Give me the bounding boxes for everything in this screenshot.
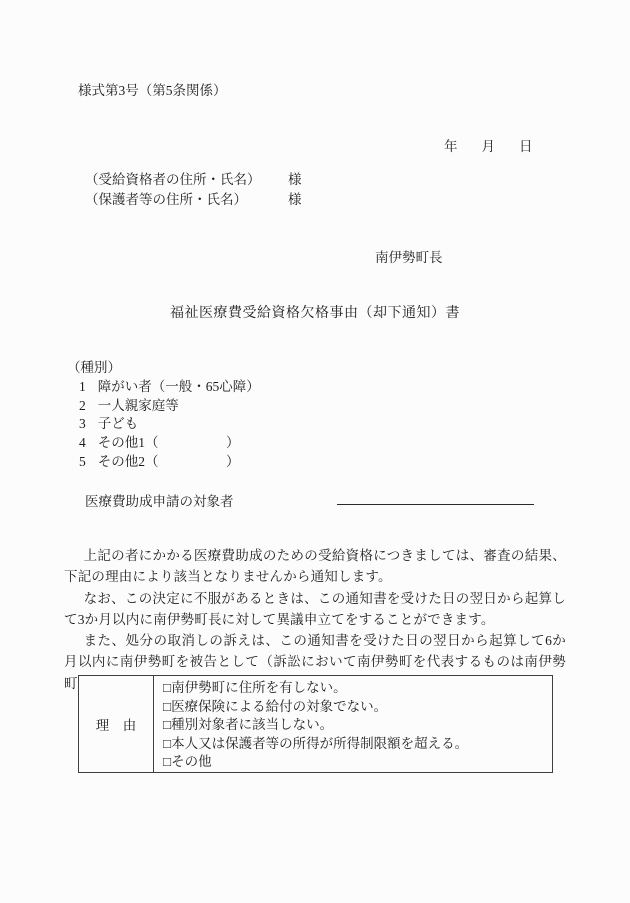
- document-title: 福祉医療費受給資格欠格事由（却下通知）書: [0, 302, 630, 322]
- issuer-title: 南伊勢町長: [375, 246, 443, 266]
- checkbox-icon: □: [163, 698, 171, 717]
- form-number: 様式第3号（第5条関係）: [78, 79, 227, 99]
- date-year-label: 年: [444, 135, 458, 155]
- recipient-label: （受給資格者の住所・氏名）: [85, 172, 261, 187]
- reason-option-label: 種別対象者に該当しない。: [171, 716, 333, 735]
- paragraph-notice: 上記の者にかかる医療費助成のための受給資格につきましては、審査の結果、下記の理由…: [64, 545, 566, 588]
- category-item-label: 子ども: [98, 415, 139, 434]
- subject-line: 医療費助成申請の対象者: [85, 490, 234, 510]
- checkbox-icon: □: [163, 716, 171, 735]
- subject-label: 医療費助成申請の対象者: [85, 494, 234, 509]
- category-item: 2 一人親家庭等: [67, 397, 260, 416]
- subject-underline: [337, 504, 534, 505]
- date-month-label: 月: [482, 135, 496, 155]
- category-item: 4 その他1（ ）: [67, 434, 260, 453]
- category-item: 1 障がい者（一般・65心障）: [67, 378, 260, 397]
- checkbox-icon: □: [163, 679, 171, 698]
- reason-option-label: 本人又は保護者等の所得が所得制限額を超える。: [171, 735, 468, 754]
- recipient-line: （受給資格者の住所・氏名） 様: [85, 170, 261, 190]
- reason-option-row: □ 南伊勢町に住所を有しない。: [163, 679, 544, 698]
- reason-option-row: □ 種別対象者に該当しない。: [163, 716, 544, 735]
- reason-option-row: □ その他: [163, 753, 544, 772]
- category-item-number: 4: [79, 434, 86, 453]
- guardian-label: （保護者等の住所・氏名）: [85, 192, 247, 207]
- reason-option-label: 医療保険による給付の対象でない。: [171, 698, 387, 717]
- honorific-sama: 様: [288, 170, 302, 190]
- date-day-label: 日: [519, 135, 533, 155]
- category-item-number: 3: [79, 415, 86, 434]
- reason-option-row: □ 医療保険による給付の対象でない。: [163, 698, 544, 717]
- reason-header-cell: 理 由: [79, 676, 154, 772]
- date-line: 年 月 日: [444, 135, 533, 155]
- category-item-number: 5: [79, 453, 86, 472]
- category-item-label: その他2（ ）: [98, 453, 240, 472]
- category-item: 3 子ども: [67, 415, 260, 434]
- category-item-number: 2: [79, 397, 86, 416]
- honorific-sama: 様: [288, 190, 302, 210]
- reason-option-row: □ 本人又は保護者等の所得が所得制限額を超える。: [163, 735, 544, 754]
- category-item-label: 障がい者（一般・65心障）: [98, 378, 260, 397]
- document-page: 様式第3号（第5条関係） 年 月 日 （受給資格者の住所・氏名） 様 （保護者等…: [0, 0, 630, 903]
- reason-option-label: 南伊勢町に住所を有しない。: [171, 679, 347, 698]
- guardian-line: （保護者等の住所・氏名） 様: [85, 190, 261, 210]
- body-paragraphs: 上記の者にかかる医療費助成のための受給資格につきましては、審査の結果、下記の理由…: [64, 545, 566, 694]
- category-item-number: 1: [79, 378, 86, 397]
- paragraph-objection: なお、この決定に不服があるときは、この通知書を受けた日の翌日から起算して3か月以…: [64, 588, 566, 631]
- checkbox-icon: □: [163, 753, 171, 772]
- category-item-label: その他1（ ）: [98, 434, 240, 453]
- reason-options-cell: □ 南伊勢町に住所を有しない。 □ 医療保険による給付の対象でない。 □ 種別対…: [154, 676, 552, 772]
- reason-table: 理 由 □ 南伊勢町に住所を有しない。 □ 医療保険による給付の対象でない。 □…: [78, 675, 553, 773]
- category-heading: （種別）: [67, 359, 260, 378]
- category-item-label: 一人親家庭等: [98, 397, 179, 416]
- reason-option-label: その他: [171, 753, 212, 772]
- checkbox-icon: □: [163, 735, 171, 754]
- addressee-block: （受給資格者の住所・氏名） 様 （保護者等の住所・氏名） 様: [85, 170, 261, 209]
- category-section: （種別） 1 障がい者（一般・65心障） 2 一人親家庭等 3 子ども 4 その…: [67, 359, 260, 472]
- category-item: 5 その他2（ ）: [67, 453, 260, 472]
